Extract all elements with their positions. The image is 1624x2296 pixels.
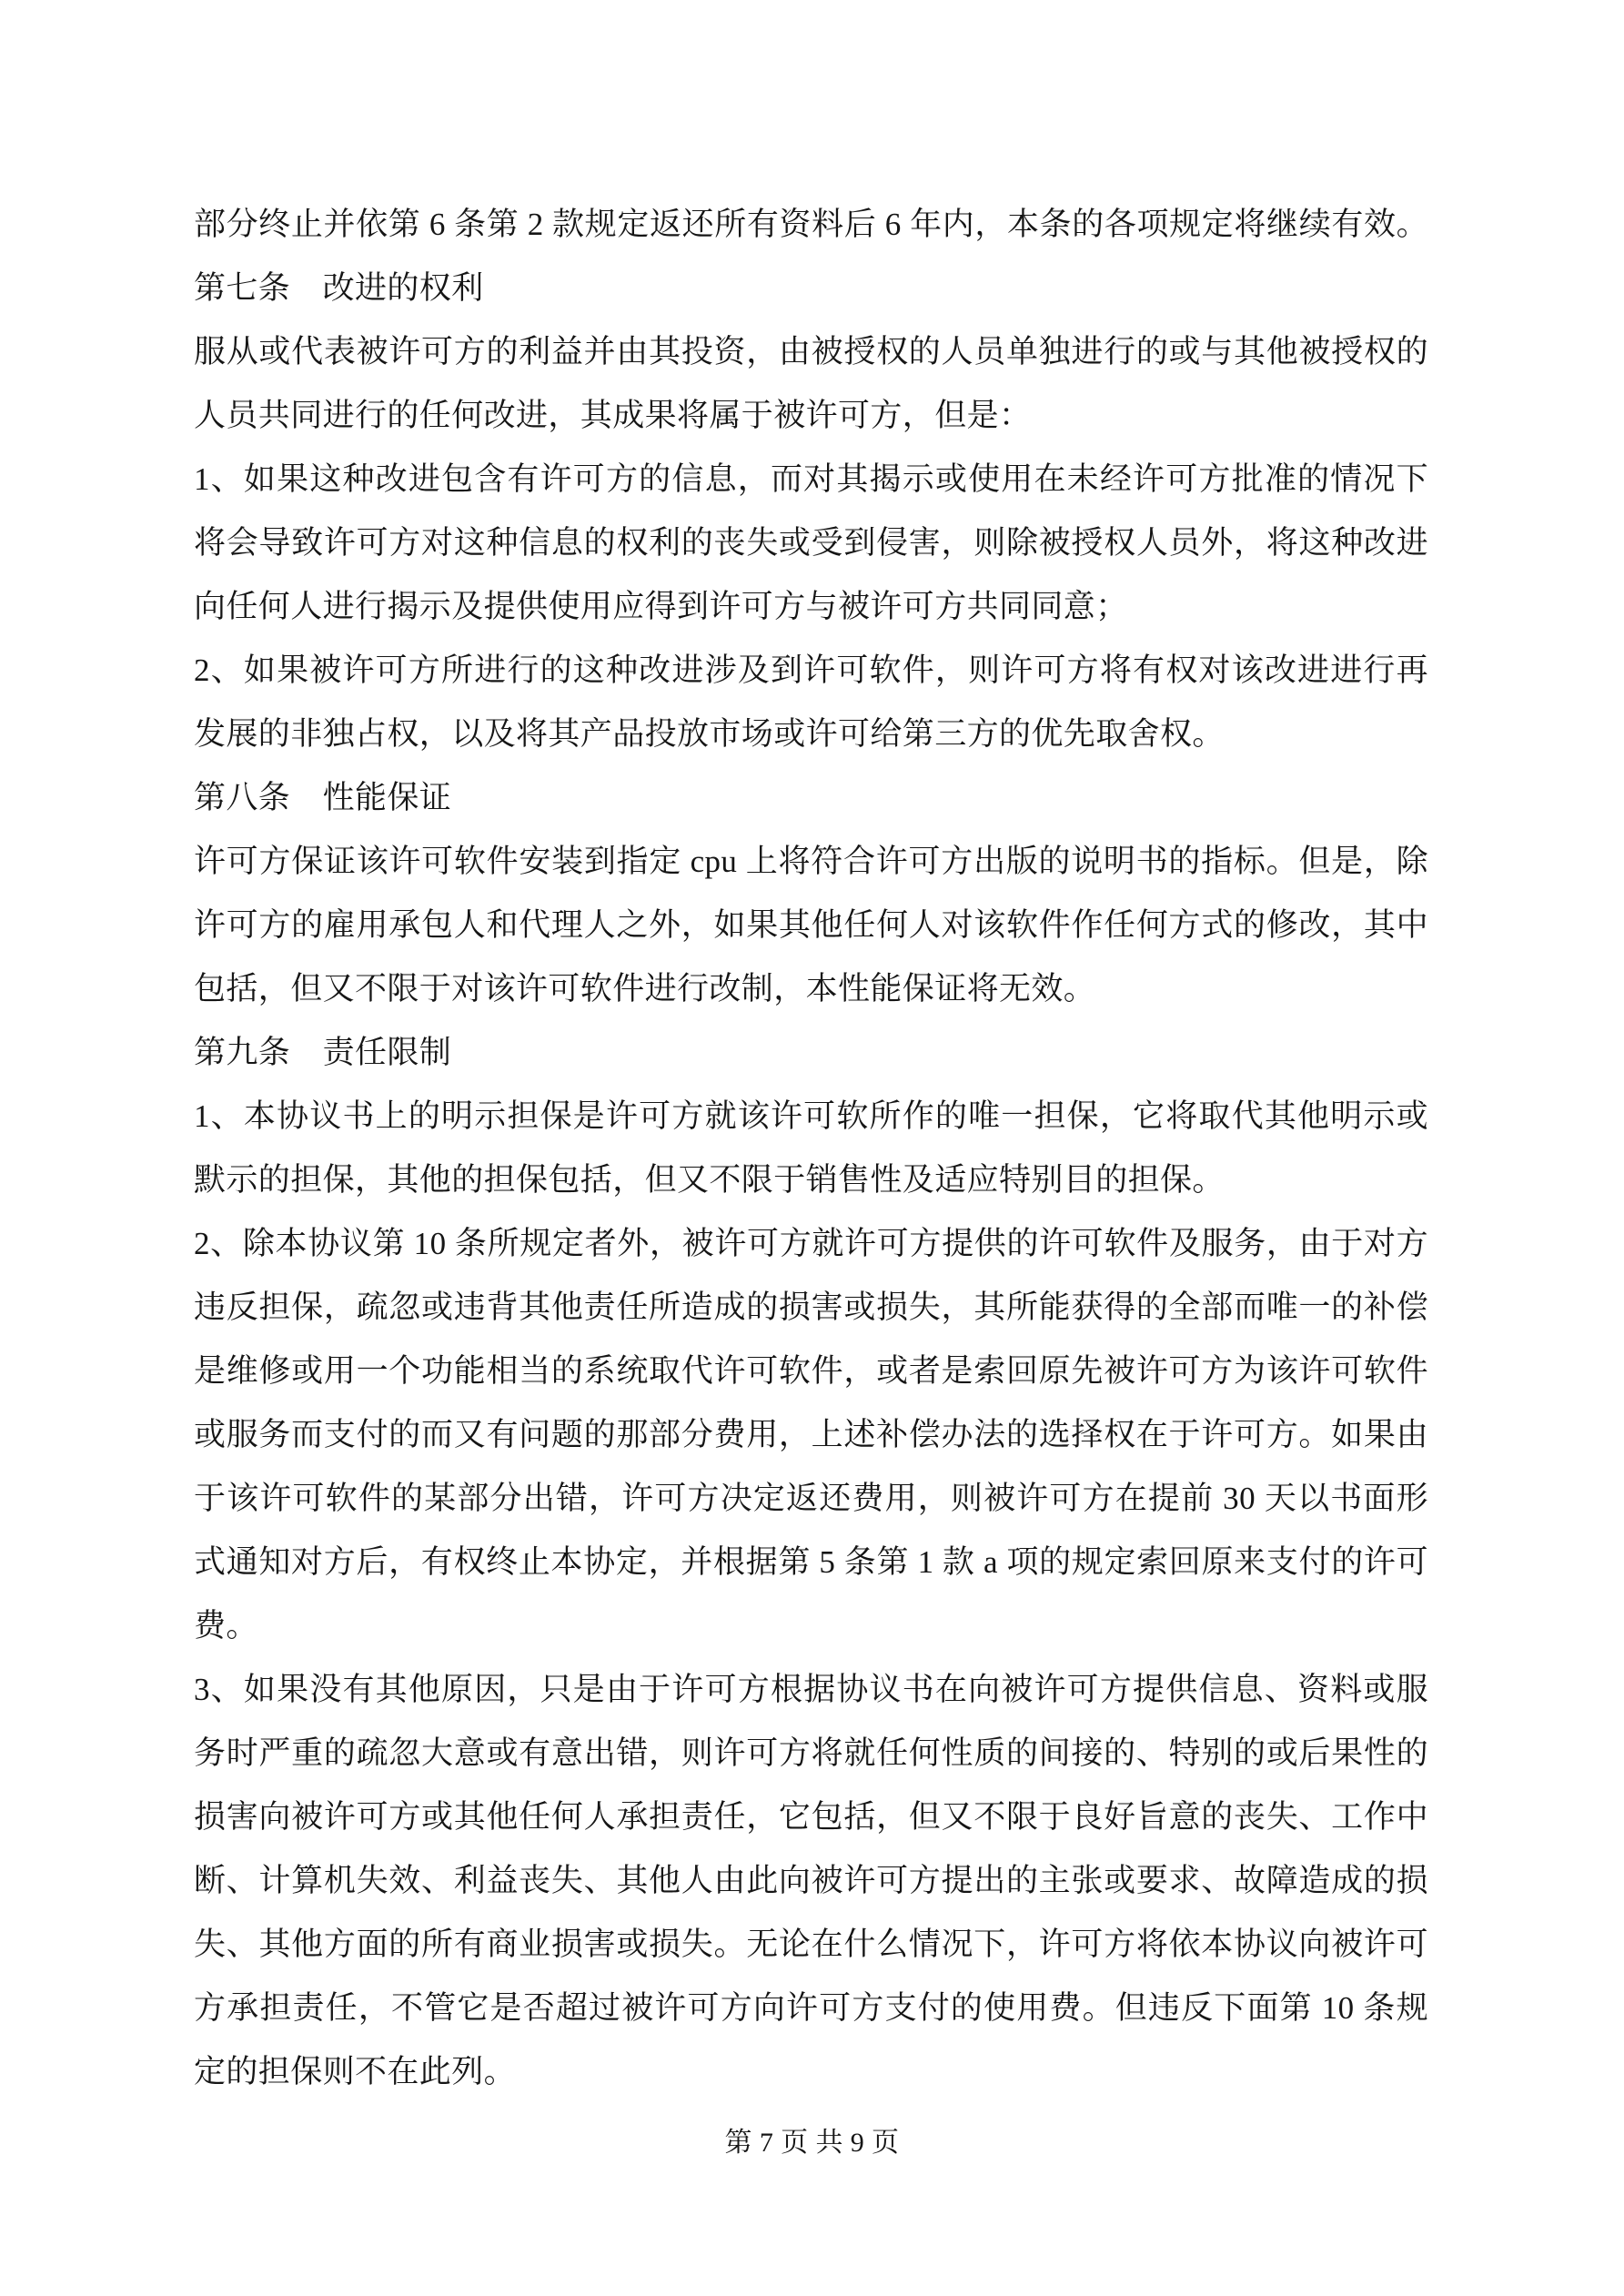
text-line: 损害向被许可方或其他任何人承担责任，它包括，但又不限于良好旨意的丧失、工作中 <box>194 1785 1428 1849</box>
text-line: 将会导致许可方对这种信息的权利的丧失或受到侵害，则除被授权人员外，将这种改进 <box>194 511 1428 575</box>
text-line: 包括，但又不限于对该许可软件进行改制，本性能保证将无效。 <box>194 957 1428 1021</box>
text-line: 定的担保则不在此列。 <box>194 2040 1428 2104</box>
text-line: 2、如果被许可方所进行的这种改进涉及到许可软件，则许可方将有权对该改进进行再 <box>194 639 1428 703</box>
text-line: 向任何人进行揭示及提供使用应得到许可方与被许可方共同同意； <box>194 575 1428 639</box>
contract-body: 部分终止并依第 6 条第 2 款规定返还所有资料后 6 年内，本条的各项规定将继… <box>194 193 1428 2104</box>
text-line: 许可方的雇用承包人和代理人之外，如果其他任何人对该软件作任何方式的修改，其中 <box>194 894 1428 957</box>
text-line: 于该许可软件的某部分出错，许可方决定返还费用，则被许可方在提前 30 天以书面形 <box>194 1467 1428 1531</box>
text-line: 部分终止并依第 6 条第 2 款规定返还所有资料后 6 年内，本条的各项规定将继… <box>194 193 1428 257</box>
section-heading-9: 第九条 责任限制 <box>194 1021 1428 1085</box>
text-line: 1、如果这种改进包含有许可方的信息，而对其揭示或使用在未经许可方批准的情况下 <box>194 448 1428 511</box>
section-heading-8: 第八条 性能保证 <box>194 766 1428 830</box>
document-page: 部分终止并依第 6 条第 2 款规定返还所有资料后 6 年内，本条的各项规定将继… <box>0 0 1624 2296</box>
text-line: 3、如果没有其他原因，只是由于许可方根据协议书在向被许可方提供信息、资料或服 <box>194 1658 1428 1722</box>
text-line: 方承担责任，不管它是否超过被许可方向许可方支付的使用费。但违反下面第 10 条规 <box>194 1977 1428 2040</box>
text-line: 许可方保证该许可软件安装到指定 cpu 上将符合许可方出版的说明书的指标。但是，… <box>194 830 1428 894</box>
text-line: 是维修或用一个功能相当的系统取代许可软件，或者是索回原先被许可方为该许可软件 <box>194 1340 1428 1403</box>
section-heading-7: 第七条 改进的权利 <box>194 257 1428 320</box>
text-line: 或服务而支付的而又有问题的那部分费用，上述补偿办法的选择权在于许可方。如果由 <box>194 1403 1428 1467</box>
text-line: 失、其他方面的所有商业损害或损失。无论在什么情况下，许可方将依本协议向被许可 <box>194 1913 1428 1977</box>
text-line: 式通知对方后，有权终止本协定，并根据第 5 条第 1 款 a 项的规定索回原来支… <box>194 1531 1428 1594</box>
text-line: 断、计算机失效、利益丧失、其他人由此向被许可方提出的主张或要求、故障造成的损 <box>194 1849 1428 1913</box>
text-line: 人员共同进行的任何改进，其成果将属于被许可方，但是： <box>194 384 1428 448</box>
page-footer: 第 7 页 共 9 页 <box>0 2127 1624 2159</box>
text-line: 服从或代表被许可方的利益并由其投资，由被授权的人员单独进行的或与其他被授权的 <box>194 320 1428 384</box>
text-line: 默示的担保，其他的担保包括，但又不限于销售性及适应特别目的担保。 <box>194 1148 1428 1212</box>
text-line: 违反担保，疏忽或违背其他责任所造成的损害或损失，其所能获得的全部而唯一的补偿 <box>194 1276 1428 1340</box>
text-line: 2、除本协议第 10 条所规定者外，被许可方就许可方提供的许可软件及服务，由于对… <box>194 1212 1428 1276</box>
text-line: 费。 <box>194 1594 1428 1658</box>
text-line: 1、本协议书上的明示担保是许可方就该许可软所作的唯一担保，它将取代其他明示或 <box>194 1085 1428 1148</box>
text-line: 务时严重的疏忽大意或有意出错，则许可方将就任何性质的间接的、特别的或后果性的 <box>194 1722 1428 1785</box>
text-line: 发展的非独占权，以及将其产品投放市场或许可给第三方的优先取舍权。 <box>194 703 1428 766</box>
